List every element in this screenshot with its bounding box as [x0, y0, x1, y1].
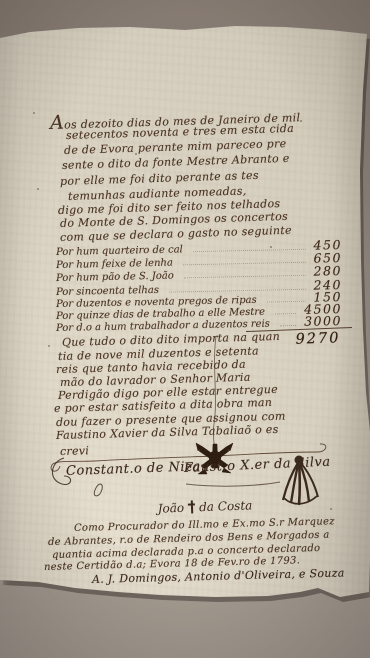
- paper-speck: [37, 188, 39, 190]
- paper-speck: [270, 246, 272, 248]
- manuscript-photo: Aos dezoito dias do mes de Janeiro de mi…: [0, 0, 370, 658]
- witness-name-post: da Costa: [199, 498, 253, 514]
- paper-speck: [330, 508, 332, 510]
- witness-name-pre: João: [157, 501, 184, 516]
- leader-dots: [280, 325, 296, 326]
- paper-speck: [48, 345, 50, 347]
- expense-value: 3000: [304, 313, 342, 329]
- total-value: 9270: [288, 330, 349, 348]
- paper-speck: [33, 112, 35, 114]
- cross-mark-icon: [187, 500, 196, 513]
- body-line: crevi: [60, 444, 90, 458]
- paper-speck: [300, 120, 302, 122]
- paper-speck: [135, 153, 137, 155]
